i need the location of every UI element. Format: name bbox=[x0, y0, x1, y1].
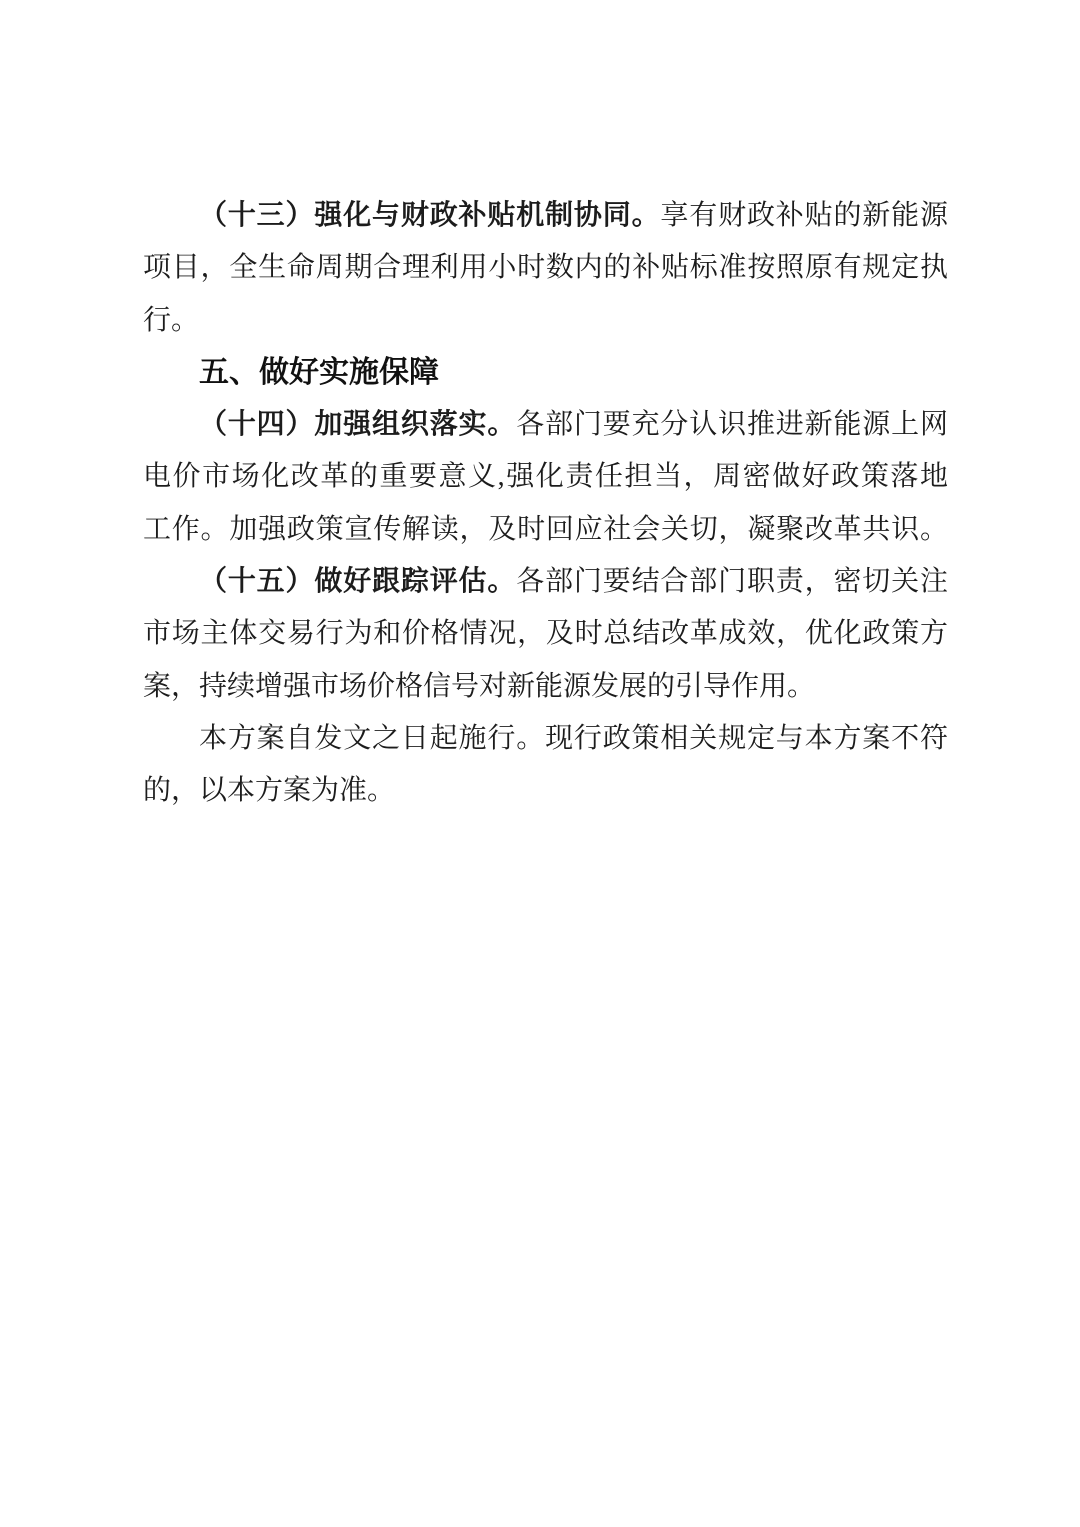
text-line: 本方案自发文之日起施行。现行政策相关规定与本方案不符 bbox=[143, 713, 948, 765]
paragraph-lead: （十五）做好跟踪评估。 bbox=[199, 566, 516, 597]
paragraph-clause-14: （十四）加强组织落实。各部门要充分认识推进新能源上网 电价市场化改革的重要意义,… bbox=[143, 399, 948, 556]
line-text: 工作。加强政策宣传解读，及时回应社会关切，凝聚改革共识。 bbox=[143, 514, 948, 545]
section-heading: 五、做好实施保障 bbox=[143, 347, 948, 399]
paragraph-clause-13: （十三）强化与财政补贴机制协同。享有财政补贴的新能源 项目，全生命周期合理利用小… bbox=[143, 190, 948, 347]
line-text: 电价市场化改革的重要意义,强化责任担当，周密做好政策落地 bbox=[143, 461, 948, 492]
line-text: 本方案自发文之日起施行。现行政策相关规定与本方案不符 bbox=[199, 723, 948, 754]
paragraph-lead: （十四）加强组织落实。 bbox=[199, 409, 516, 440]
text-line: （十三）强化与财政补贴机制协同。享有财政补贴的新能源 bbox=[143, 190, 948, 242]
line-text: 市场主体交易行为和价格情况，及时总结改革成效，优化政策方 bbox=[143, 618, 948, 649]
line-text: 行。 bbox=[143, 305, 199, 336]
line-text: 各部门要结合部门职责，密切关注 bbox=[516, 566, 948, 597]
paragraph-closing: 本方案自发文之日起施行。现行政策相关规定与本方案不符 的，以本方案为准。 bbox=[143, 713, 948, 818]
paragraph-clause-15: （十五）做好跟踪评估。各部门要结合部门职责，密切关注 市场主体交易行为和价格情况… bbox=[143, 556, 948, 713]
text-line: 电价市场化改革的重要意义,强化责任担当，周密做好政策落地 bbox=[143, 451, 948, 503]
text-line: 市场主体交易行为和价格情况，及时总结改革成效，优化政策方 bbox=[143, 608, 948, 660]
text-line: 项目，全生命周期合理利用小时数内的补贴标准按照原有规定执 bbox=[143, 242, 948, 294]
document-content: （十三）强化与财政补贴机制协同。享有财政补贴的新能源 项目，全生命周期合理利用小… bbox=[143, 190, 948, 818]
line-text: 各部门要充分认识推进新能源上网 bbox=[516, 409, 948, 440]
document-page: （十三）强化与财政补贴机制协同。享有财政补贴的新能源 项目，全生命周期合理利用小… bbox=[0, 0, 1080, 1527]
line-text: 项目，全生命周期合理利用小时数内的补贴标准按照原有规定执 bbox=[143, 252, 948, 283]
line-text: 的，以本方案为准。 bbox=[143, 775, 395, 806]
text-line: （十五）做好跟踪评估。各部门要结合部门职责，密切关注 bbox=[143, 556, 948, 608]
text-line: （十四）加强组织落实。各部门要充分认识推进新能源上网 bbox=[143, 399, 948, 451]
text-line: 案，持续增强市场价格信号对新能源发展的引导作用。 bbox=[143, 661, 948, 713]
line-text: 享有财政补贴的新能源 bbox=[660, 200, 948, 231]
text-line: 工作。加强政策宣传解读，及时回应社会关切，凝聚改革共识。 bbox=[143, 504, 948, 556]
text-line: 行。 bbox=[143, 295, 948, 347]
text-line: 的，以本方案为准。 bbox=[143, 765, 948, 817]
paragraph-lead: （十三）强化与财政补贴机制协同。 bbox=[199, 200, 660, 231]
line-text: 案，持续增强市场价格信号对新能源发展的引导作用。 bbox=[143, 671, 815, 702]
